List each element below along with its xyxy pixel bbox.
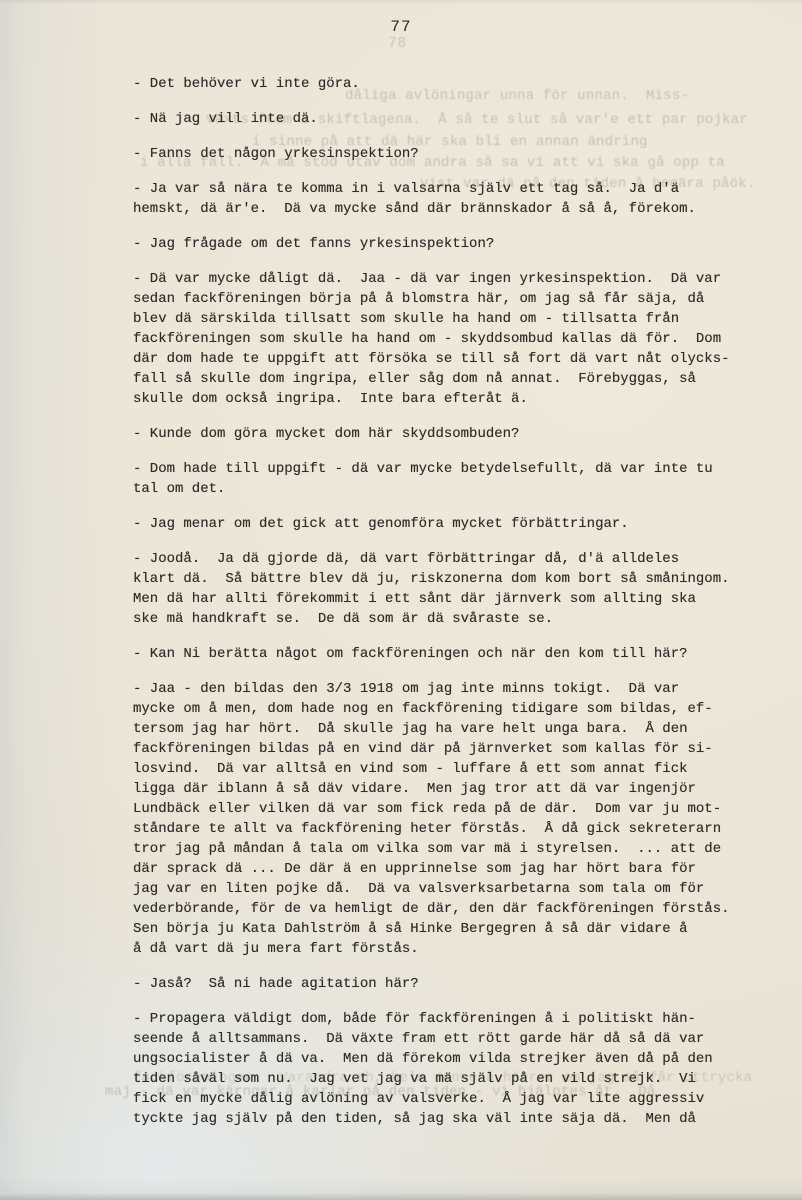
transcript: - Det behöver vi inte göra. - Nä jag vil… bbox=[133, 74, 753, 1144]
dialogue-paragraph: - Propagera väldigt dom, både för fackfö… bbox=[133, 1009, 753, 1129]
dialogue-paragraph: - Ja var så nära te komma in i valsarna … bbox=[133, 179, 753, 219]
bleed-through-page-number: 78 bbox=[388, 34, 406, 54]
dialogue-paragraph: - Nä jag vill inte dä. bbox=[133, 109, 753, 129]
dialogue-paragraph: - Kan Ni berätta något om fackföreningen… bbox=[133, 644, 753, 664]
dialogue-paragraph: - Kunde dom göra mycket dom här skyddsom… bbox=[133, 424, 753, 444]
dialogue-paragraph: - Jag menar om det gick att genomföra my… bbox=[133, 514, 753, 534]
dialogue-paragraph: - Dom hade till uppgift - dä var mycke b… bbox=[133, 459, 753, 499]
dialogue-paragraph: - Jaså? Så ni hade agitation här? bbox=[133, 974, 753, 994]
dialogue-paragraph: - Dä var mycke dåligt dä. Jaa - dä var i… bbox=[133, 269, 753, 409]
dialogue-paragraph: - Jaa - den bildas den 3/3 1918 om jag i… bbox=[133, 679, 753, 959]
scanned-page: 78 dåliga avlöningar unna för unnan. Mis… bbox=[0, 0, 802, 1200]
dialogue-paragraph: - Joodå. Ja dä gjorde dä, dä vart förbät… bbox=[133, 549, 753, 629]
dialogue-paragraph: - Det behöver vi inte göra. bbox=[133, 74, 753, 94]
dialogue-paragraph: - Fanns det någon yrkesinspektion? bbox=[133, 144, 753, 164]
dialogue-paragraph: - Jag frågade om det fanns yrkesinspekti… bbox=[133, 234, 753, 254]
page-number: 77 bbox=[0, 18, 802, 36]
